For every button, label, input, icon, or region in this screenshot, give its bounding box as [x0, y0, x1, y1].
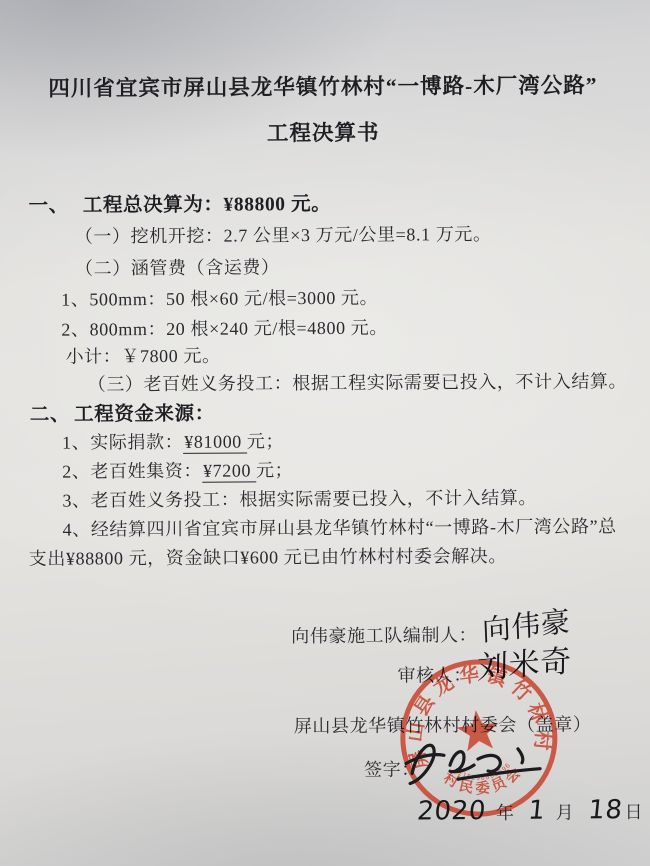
preparer-label: 向伟豪施工队编制人： — [291, 625, 477, 646]
fund-donation-line: 1、实际捐款：¥81000元； — [62, 427, 284, 454]
fund-raised-line: 2、老百姓集资：¥7200元； — [62, 456, 293, 483]
date-day: 18 — [587, 795, 624, 825]
fund-donation-suffix: 元； — [247, 431, 284, 451]
section-2-heading: 二、工程资金来源： — [30, 398, 215, 427]
section-1-total: 工程总决算为：¥88800 元。 — [83, 194, 332, 217]
subtotal-line: 小计：￥7800 元。 — [65, 342, 220, 369]
fund-raised-amount: ¥7200 — [202, 460, 256, 482]
date-day-unit: 日 — [624, 798, 643, 824]
fund-summary-line2: 支出¥88800 元，资金缺口¥600 元已由竹林村村委会解决。 — [29, 542, 507, 571]
date-month-unit: 月 — [556, 798, 575, 824]
date-year: 2020 — [416, 796, 488, 826]
item-volunteer-work: （三）老百姓义务投工：根据工程实际需要已投入，不计入结算。 — [88, 367, 628, 396]
handwritten-signature-scribble — [398, 729, 548, 794]
page-title-line2: 工程决算书 — [0, 114, 648, 149]
section-2-title: 工程资金来源： — [74, 404, 215, 426]
fund-raised-suffix: 元； — [256, 460, 293, 480]
item-culvert-fee: （二）涵管费（含运费） — [75, 253, 280, 280]
fund-donation-amount: ¥81000 — [183, 431, 247, 453]
section-2-number: 二、 — [30, 405, 70, 426]
pipe-800mm-line: 2、800mm：20 根×240 元/根=4800 元。 — [61, 314, 388, 342]
fund-donation-label: 1、实际捐款： — [62, 432, 183, 453]
item-excavation: （一）挖机开挖：2.7 公里×3 万元/公里=8.1 万元。 — [75, 220, 492, 249]
date-row: 2020 年 1 月 18 日 — [417, 795, 643, 826]
fund-raised-label: 2、老百姓集资： — [62, 461, 202, 482]
document-photo: 四川省宜宾市屏山县龙华镇竹林村“一博路-木厂湾公路” 工程决算书 一、工程总决算… — [0, 0, 650, 866]
page-title-line1: 四川省宜宾市屏山县龙华镇竹林村“一博路-木厂湾公路” — [0, 68, 648, 103]
section-1-number: 一、 — [29, 196, 69, 217]
date-year-unit: 年 — [496, 799, 515, 825]
fund-volunteer-line: 3、老百姓义务投工：根据实际需要已投入，不计入结算。 — [62, 484, 537, 513]
pipe-500mm-line: 1、500mm：50 根×60 元/根=3000 元。 — [61, 284, 378, 312]
date-month: 1 — [527, 796, 547, 826]
fund-summary-line1: 4、经结算四川省宜宾市屏山县龙华镇竹林村“一博路-木厂湾公路”总 — [62, 512, 616, 541]
section-1-heading: 一、工程总决算为：¥88800 元。 — [29, 188, 332, 218]
